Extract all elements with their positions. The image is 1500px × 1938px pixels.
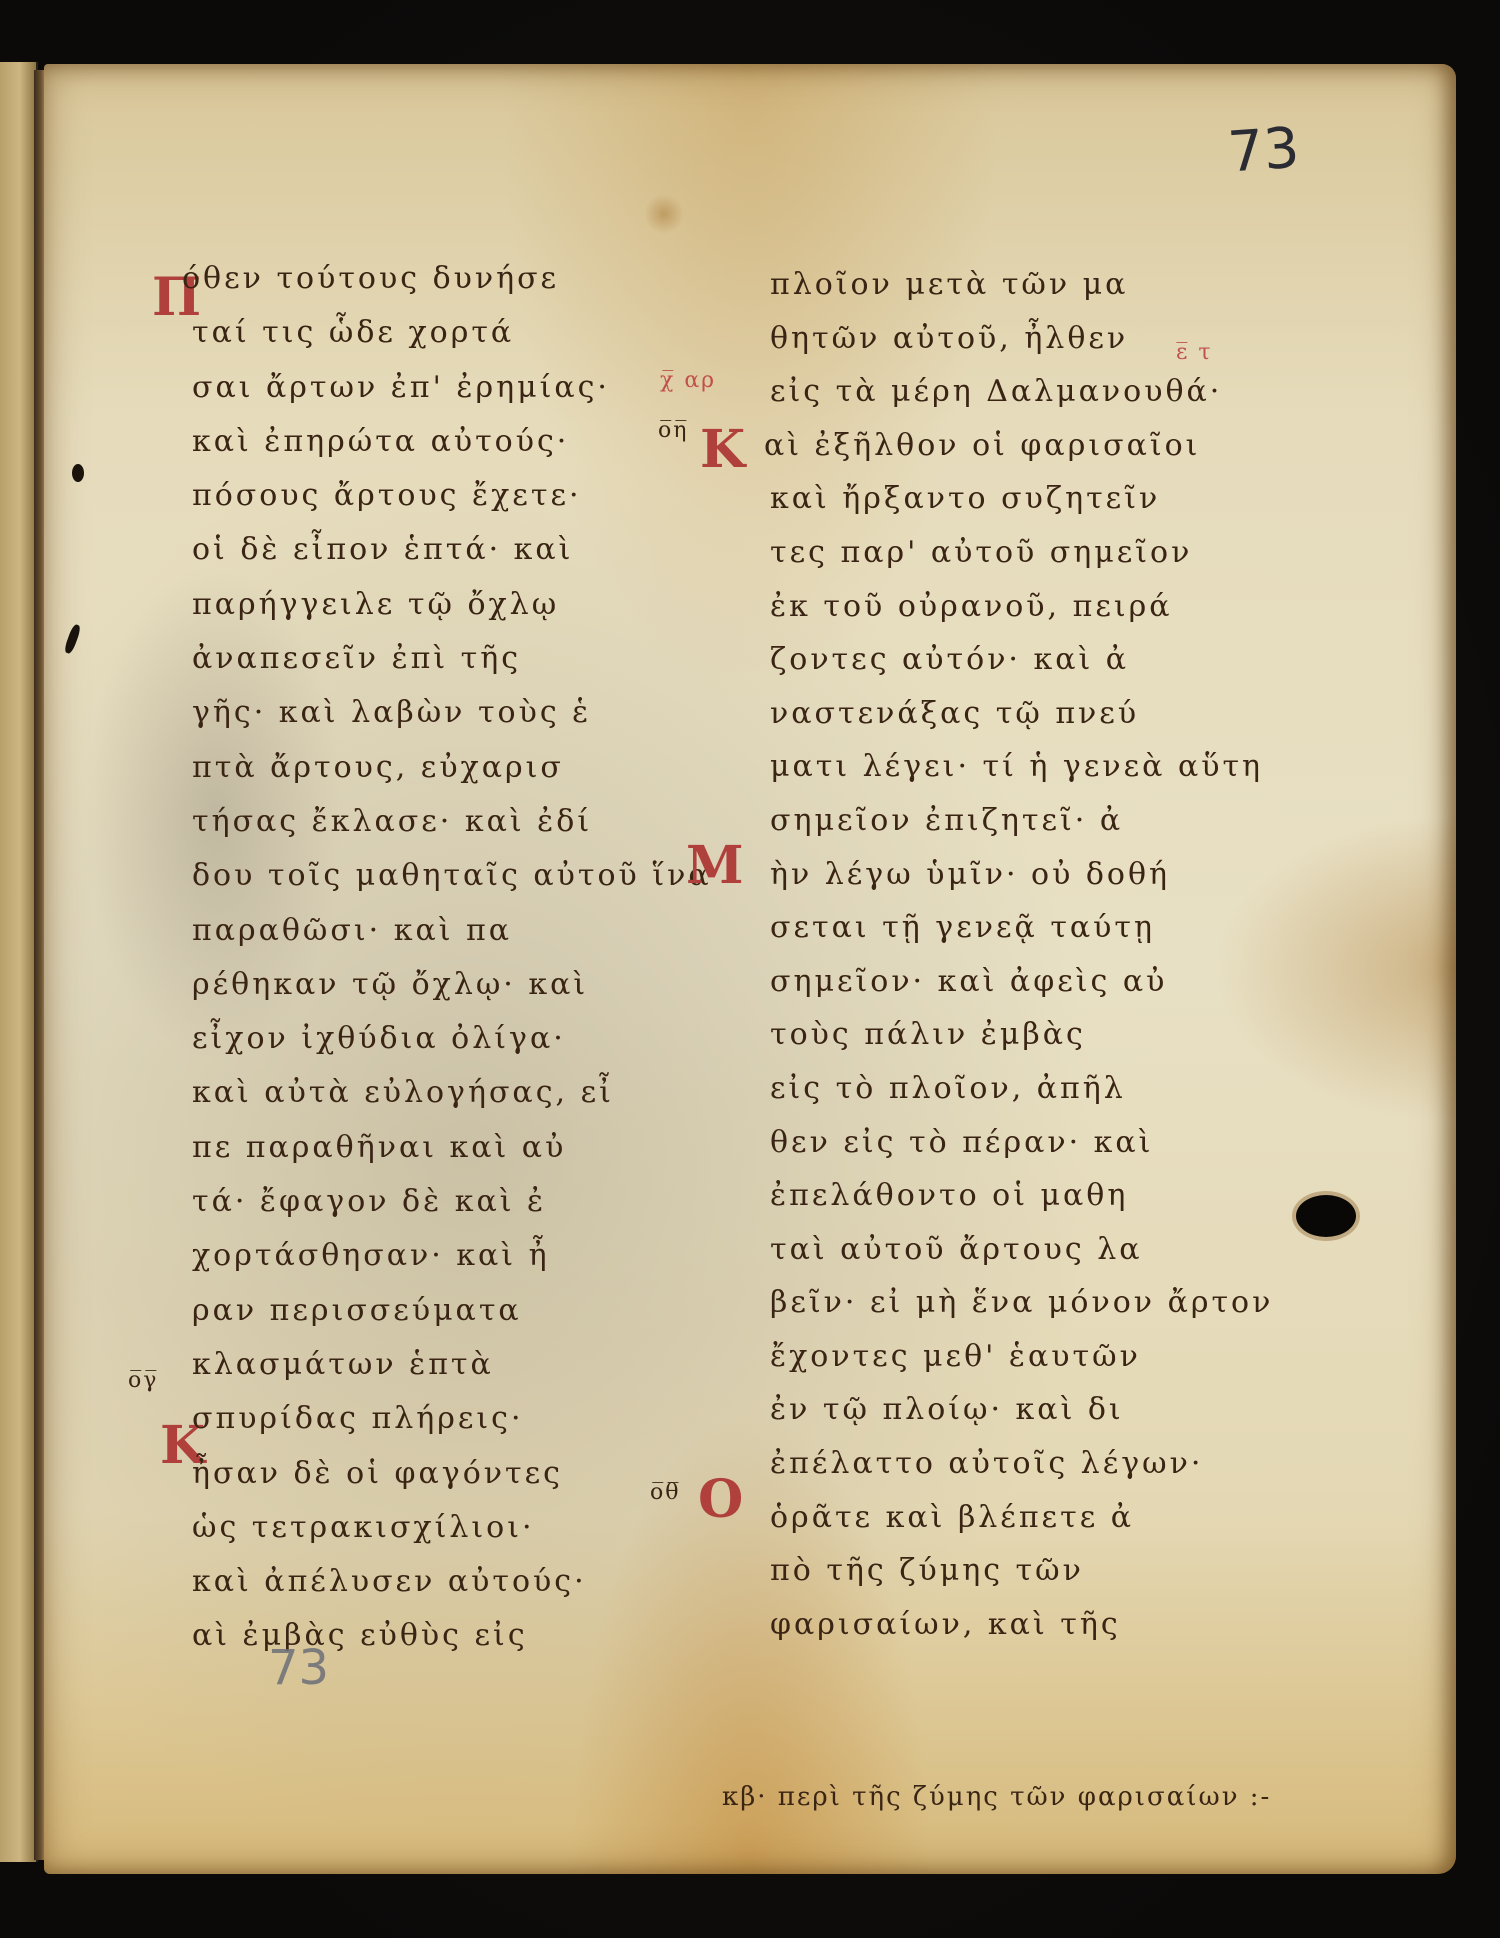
lower-margin-chapter-title: κβ· περὶ τῆς ζύμης τῶν φαρισαίων :- — [722, 1782, 1271, 1812]
text-line: φαρισαίων, καὶ τῆς — [722, 1598, 1202, 1652]
text-line: πλοῖον μετὰ τῶν μα — [722, 258, 1202, 312]
text-line: ναστενάξας τῷ πνεύ — [722, 687, 1202, 741]
text-line: θητῶν αὐτοῦ, ἦλθεν — [722, 312, 1202, 366]
text-line: καὶ ἤρξαντο συζητεῖν — [722, 472, 1202, 526]
text-line: πόσους ἄρτους ἔχετε· — [154, 469, 614, 523]
text-line: τοὺς πάλιν ἐμβὰς — [722, 1008, 1202, 1062]
text-line: πὸ τῆς ζύμης τῶν — [722, 1544, 1202, 1598]
text-line: σεται τῇ γενεᾷ ταύτῃ — [722, 901, 1202, 955]
text-line: ματι λέγει· τί ἡ γενεὰ αὕτη — [722, 740, 1202, 794]
text-line: καὶ ἐπηρώτα αὐτούς· — [154, 415, 614, 469]
text-line: αὶ ἐμβὰς εὐθὺς εἰς — [154, 1609, 614, 1663]
text-line: ἐκ τοῦ οὐρανοῦ, πειρά — [722, 580, 1202, 634]
text-line: χορτάσθησαν· καὶ ἦ — [154, 1229, 614, 1283]
text-line: σημεῖον· καὶ ἀφεὶς αὐ — [722, 955, 1202, 1009]
text-line: βεῖν· εἰ μὴ ἕνα μόνον ἄρτον — [722, 1276, 1202, 1330]
text-line: οἱ δὲ εἶπον ἑπτά· καὶ — [154, 523, 614, 577]
text-line: εἶχον ἰχθύδια ὀλίγα· — [154, 1012, 614, 1066]
text-line: δου τοῖς μαθηταῖς αὐτοῦ ἵνα — [154, 849, 614, 903]
text-line: ὁρᾶτε καὶ βλέπετε ἀ — [722, 1491, 1202, 1545]
text-line: καὶ ἀπέλυσεν αὐτούς· — [154, 1555, 614, 1609]
margin-lection-note: χ̅ αρ — [660, 368, 716, 393]
text-line: παραθῶσι· καὶ πα — [154, 904, 614, 958]
text-line: ἀναπεσεῖν ἐπὶ τῆς — [154, 632, 614, 686]
text-line: σαι ἄρτων ἐπ' ἐρημίας· — [154, 361, 614, 415]
left-text-column: όθεν τούτους δυνήσε ταί τις ὧδε χορτά σα… — [154, 252, 614, 1664]
text-line: τες παρ' αὐτοῦ σημεῖον — [722, 526, 1202, 580]
damage-mark — [63, 623, 82, 654]
text-line: ὡς τετρακισχίλιοι· — [154, 1501, 614, 1555]
parchment-hole — [1296, 1195, 1356, 1237]
text-line: ραν περισσεύματα — [154, 1284, 614, 1338]
text-line: τά· ἔφαγον δὲ καὶ ἐ — [154, 1175, 614, 1229]
text-line: αὶ ἐξῆλθον οἱ φαρισαῖοι — [722, 419, 1202, 473]
folio-number: 73 — [1226, 116, 1302, 186]
text-line: ζοντες αὐτόν· καὶ ἀ — [722, 633, 1202, 687]
text-line: ταί τις ὧδε χορτά — [154, 306, 614, 360]
text-line: ρέθηκαν τῷ ὄχλῳ· καὶ — [154, 958, 614, 1012]
text-line: ἐπελάθοντο οἱ μαθη — [722, 1169, 1202, 1223]
text-line: παρήγγειλε τῷ ὄχλῳ — [154, 578, 614, 632]
text-line: κλασμάτων ἑπτὰ — [154, 1338, 614, 1392]
text-line: γῆς· καὶ λαβὼν τοὺς ἑ — [154, 686, 614, 740]
text-line: σπυρίδας πλήρεις· — [154, 1392, 614, 1446]
margin-section-number: ο̅θ̅ — [650, 1480, 681, 1505]
previous-leaf-edge — [0, 62, 38, 1862]
right-text-column: πλοῖον μετὰ τῶν μα θητῶν αὐτοῦ, ἦλθεν εἰ… — [722, 258, 1202, 1651]
damage-mark — [72, 464, 84, 482]
text-line: ὴν λέγω ὑμῖν· οὐ δοθή — [722, 848, 1202, 902]
text-line: πτὰ ἄρτους, εὐχαρισ — [154, 741, 614, 795]
text-line: τήσας ἔκλασε· καὶ ἐδί — [154, 795, 614, 849]
text-line: θεν εἰς τὸ πέραν· καὶ — [722, 1116, 1202, 1170]
text-line: ἐπέλαττο αὐτοῖς λέγων· — [722, 1437, 1202, 1491]
stain — [644, 194, 684, 234]
pencil-folio-number: 73 — [268, 1640, 329, 1696]
text-line: εἰς τὰ μέρη Δαλμανουθά· — [722, 365, 1202, 419]
text-line: ταὶ αὐτοῦ ἄρτους λα — [722, 1223, 1202, 1277]
text-line: πε παραθῆναι καὶ αὐ — [154, 1121, 614, 1175]
text-line: όθεν τούτους δυνήσε — [154, 252, 614, 306]
margin-section-number: ο̅η̅ — [658, 418, 688, 443]
text-line: ἦσαν δὲ οἱ φαγόντες — [154, 1447, 614, 1501]
text-line: εἰς τὸ πλοῖον, ἀπῆλ — [722, 1062, 1202, 1116]
text-line: ἔχοντες μεθ' ἑαυτῶν — [722, 1330, 1202, 1384]
text-line: ἐν τῷ πλοίῳ· καὶ δι — [722, 1383, 1202, 1437]
text-line: σημεῖον ἐπιζητεῖ· ἀ — [722, 794, 1202, 848]
text-line: καὶ αὐτὰ εὐλογήσας, εἶ — [154, 1066, 614, 1120]
